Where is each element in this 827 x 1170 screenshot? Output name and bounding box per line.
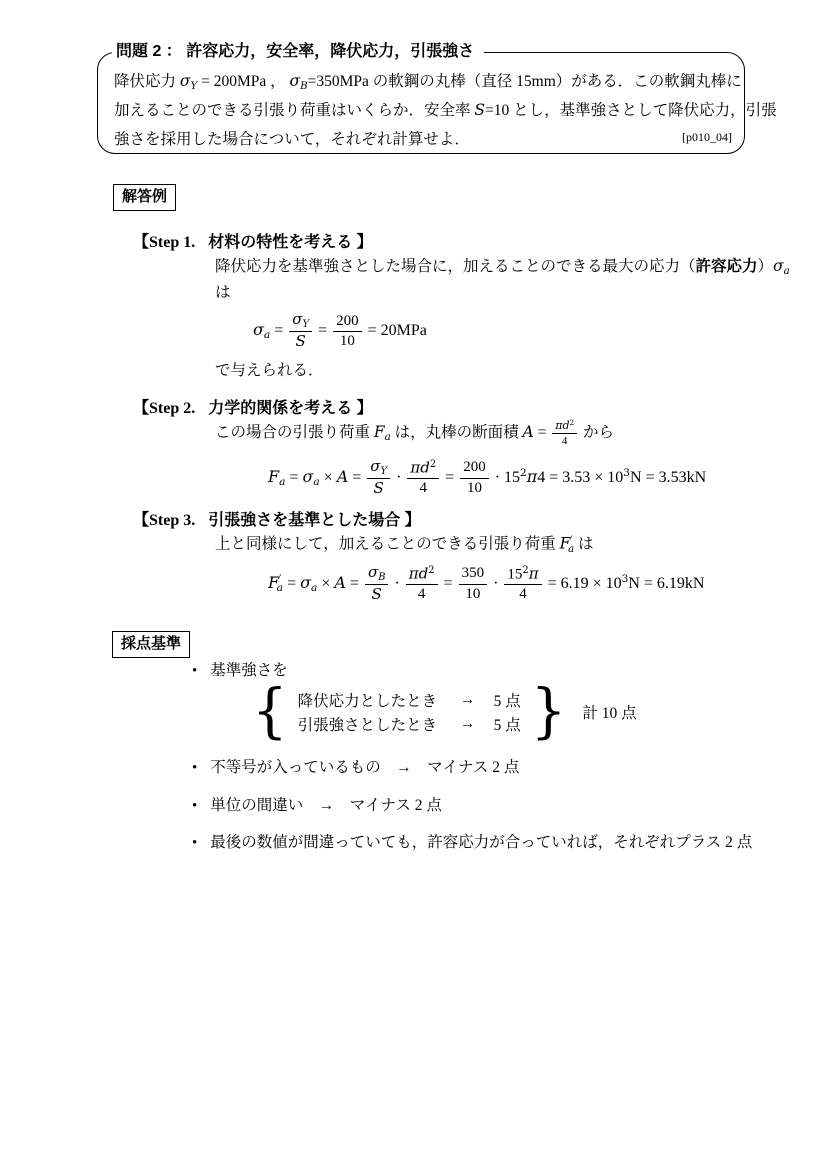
step1-closing-text: で与えられる．	[215, 359, 324, 383]
step2-title: 力学的関係を考える 】	[208, 400, 372, 417]
step3-heading: 【Step 3.引張強さを基準とした場合 】	[133, 507, 421, 530]
grading-bullet-4: • 最後の数値が間違っていても，許容応力が合っていれば，それぞれプラス 2 点	[192, 832, 752, 854]
arrow-icon: →	[442, 691, 494, 709]
grading-bullet-3-text: 単位の間違い → マイナス 2 点	[210, 795, 442, 817]
step1-body-line-1: 降伏応力を基準強さとした場合に，加えることのできる最大の応力（許容応力）σa	[215, 254, 790, 284]
case-row-1: 降伏応力としたとき → 5 点	[298, 688, 521, 712]
right-brace: }	[531, 683, 567, 742]
page-code-label: [p010_04]	[600, 130, 732, 145]
problem-box-title: 問題 2 ： 許容応力，安全率，降伏応力，引張強さ	[112, 39, 484, 65]
left-brace: {	[252, 683, 288, 742]
step3-title: 引張強さを基準とした場合 】	[208, 512, 420, 529]
case-1-points: 5 点	[494, 689, 521, 711]
cases-total: 計 10 点	[582, 701, 636, 723]
grading-bullet-4-text: 最後の数値が間違っていても，許容応力が合っていれば，それぞれプラス 2 点	[210, 832, 752, 854]
step2-number: 【Step 2.	[133, 400, 195, 417]
grading-bullet-2-text: 不等号が入っているもの → マイナス 2 点	[210, 757, 519, 779]
bullet-icon: •	[192, 832, 197, 854]
case-rows: 降伏応力としたとき → 5 点 引張強さとしたとき → 5 点	[298, 688, 521, 736]
step1-formula: σa = σYS = 20010 = 20MPa	[253, 307, 427, 358]
step3-formula: F′a = σa × A = σBS · πd24 = 35010 · 152π…	[268, 556, 704, 611]
step1-number: 【Step 1.	[133, 234, 195, 251]
grading-bullet-3: • 単位の間違い → マイナス 2 点	[192, 795, 442, 817]
solution-example-label: 解答例	[113, 184, 176, 211]
case-2-points: 5 点	[494, 713, 521, 735]
bullet-icon: •	[192, 757, 197, 779]
step1-body-line-2: は	[215, 281, 231, 305]
case-row-2: 引張強さとしたとき → 5 点	[298, 712, 521, 736]
step1-heading: 【Step 1.材料の特性を考える 】	[133, 229, 373, 252]
grading-cases-block: { 降伏応力としたとき → 5 点 引張強さとしたとき → 5 点 } 計 10…	[252, 682, 637, 742]
problem-statement-line-2: 加えることのできる引張り荷重はいくらか．安全率 S=10 とし，基準強さとして降…	[114, 96, 734, 125]
step2-formula: Fa = σa × A = σYS · πd24 = 20010 · 152π4…	[268, 450, 706, 505]
step3-number: 【Step 3.	[133, 512, 195, 529]
step2-body-line: この場合の引張り荷重 Fa は，丸棒の断面積 A = πd24 から	[215, 417, 614, 453]
case-2-label: 引張強さとしたとき	[298, 713, 442, 735]
case-1-label: 降伏応力としたとき	[298, 689, 442, 711]
document-page: 問題 2 ： 許容応力，安全率，降伏応力，引張強さ 降伏応力 σY = 200M…	[0, 0, 827, 1170]
step2-heading: 【Step 2.力学的関係を考える 】	[133, 395, 373, 418]
bullet-icon: •	[192, 795, 197, 817]
grading-criteria-label: 採点基準	[112, 631, 190, 658]
arrow-icon: →	[442, 715, 494, 733]
bullet-icon: •	[192, 660, 197, 682]
step1-title: 材料の特性を考える 】	[208, 234, 372, 251]
grading-bullet-2: • 不等号が入っているもの → マイナス 2 点	[192, 757, 519, 779]
